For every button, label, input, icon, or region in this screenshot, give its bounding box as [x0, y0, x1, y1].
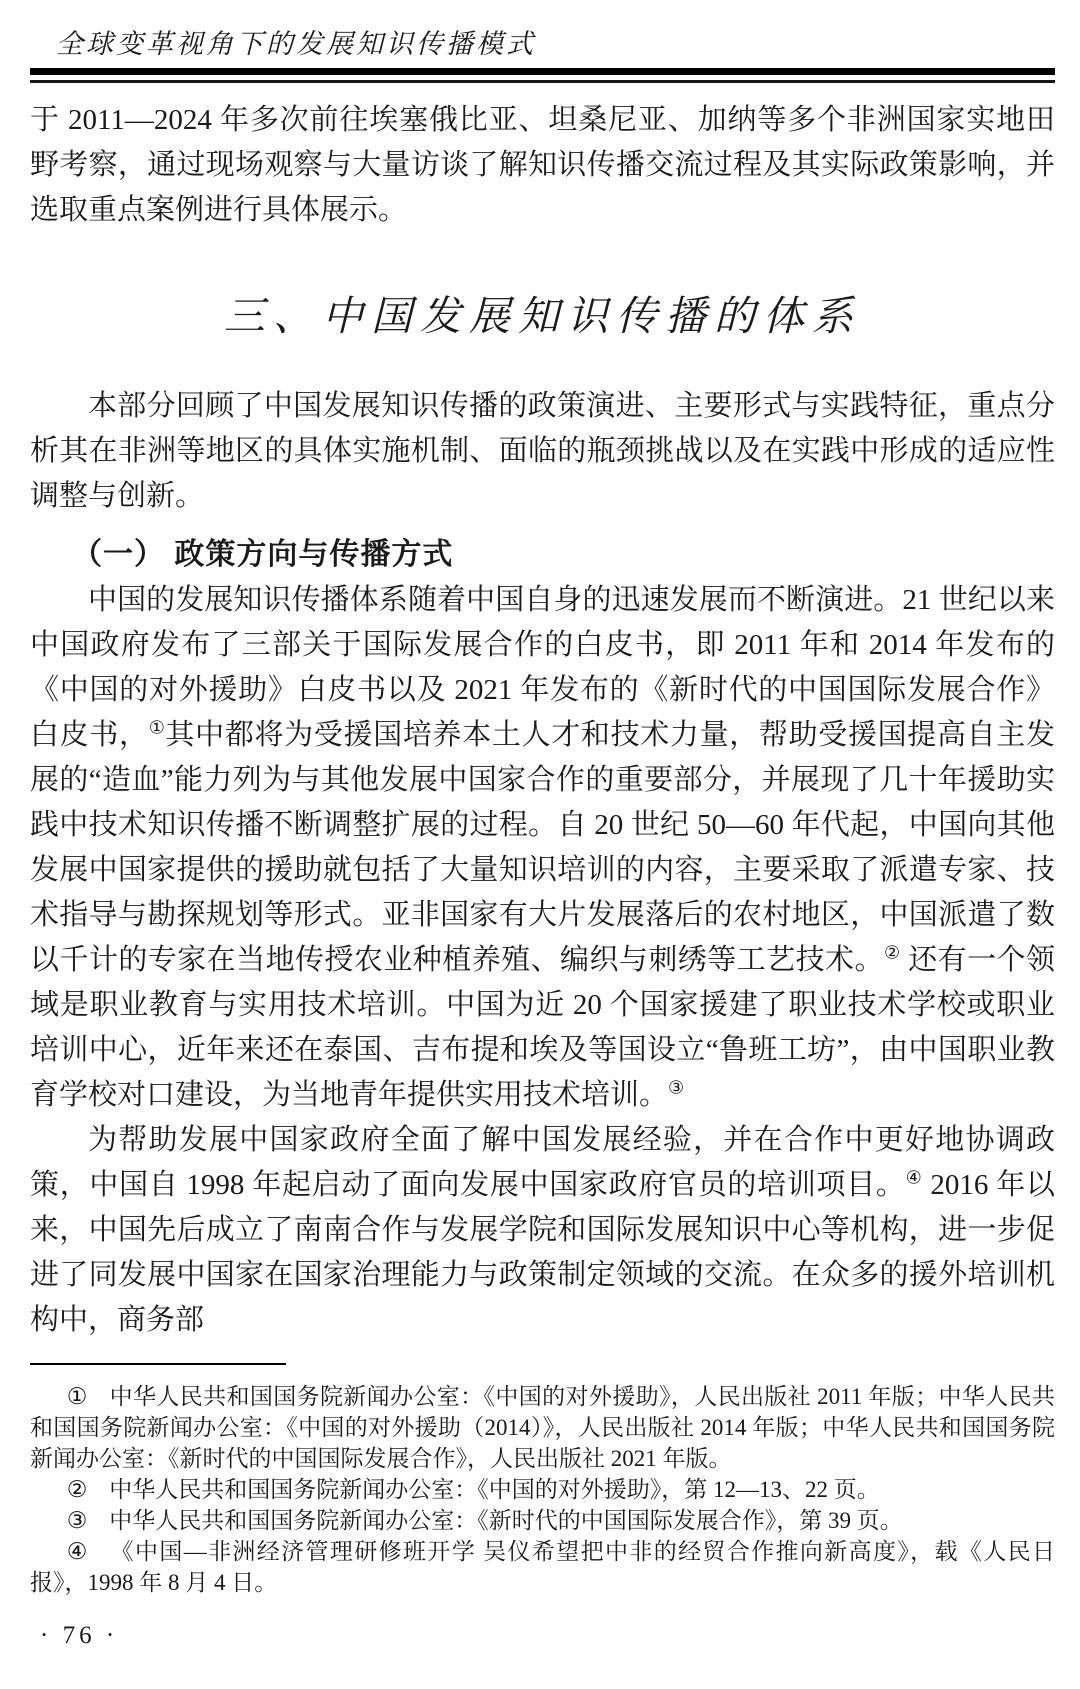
document-page: 全球变革视角下的发展知识传播模式 于 2011—2024 年多次前往埃塞俄比亚、…: [0, 0, 1080, 1689]
footnote-3-marker: ③: [67, 1508, 88, 1533]
footnote-1-text: 中华人民共和国国务院新闻办公室：《中国的对外援助》，人民出版社 2011 年版；…: [30, 1384, 1055, 1471]
footnote-4-marker: ④: [67, 1539, 89, 1564]
paragraph-official-training: 为帮助发展中国家政府全面了解中国发展经验，并在合作中更好地协调政策，中国自 19…: [30, 1118, 1055, 1343]
section-title: 三、中国发展知识传播的体系: [30, 283, 1055, 342]
footnote-reference: ②: [884, 942, 901, 962]
footnote-reference: ③: [668, 1077, 684, 1097]
paragraph-fieldwork: 于 2011—2024 年多次前往埃塞俄比亚、坦桑尼亚、加纳等多个非洲国家实地田…: [30, 98, 1055, 233]
footnote-2: ②中华人民共和国国务院新闻办公室：《中国的对外援助》，第 12—13、22 页。: [30, 1474, 1055, 1505]
header-rule-thin: [30, 80, 1055, 83]
footnote-reference: ①: [149, 717, 166, 737]
footnote-3-text: 中华人民共和国国务院新闻办公室：《新时代的中国国际发展合作》，第 39 页。: [109, 1508, 903, 1533]
footnote-3: ③中华人民共和国国务院新闻办公室：《新时代的中国国际发展合作》，第 39 页。: [30, 1505, 1055, 1536]
subsection-title: （一） 政策方向与传播方式: [30, 529, 1055, 573]
footnote-separator-rule: [30, 1363, 286, 1365]
footnotes-section: ①中华人民共和国国务院新闻办公室：《中国的对外援助》，人民出版社 2011 年版…: [30, 1363, 1055, 1650]
footnote-1-marker: ①: [67, 1384, 88, 1409]
paragraph-policy-evolution: 中国的发展知识传播体系随着中国自身的迅速发展而不断演进。21 世纪以来中国政府发…: [30, 578, 1055, 1118]
header-rule-thick: [30, 68, 1055, 75]
footnote-2-marker: ②: [67, 1477, 88, 1502]
page-number: · 76 ·: [30, 1622, 1055, 1650]
paragraph-overview: 本部分回顾了中国发展知识传播的政策演进、主要形式与实践特征，重点分析其在非洲等地…: [30, 384, 1055, 519]
page-header: 全球变革视角下的发展知识传播模式: [30, 24, 1055, 83]
running-header-title: 全球变革视角下的发展知识传播模式: [30, 24, 1055, 68]
footnote-1: ①中华人民共和国国务院新闻办公室：《中国的对外援助》，人民出版社 2011 年版…: [30, 1381, 1055, 1474]
page-body: 于 2011—2024 年多次前往埃塞俄比亚、坦桑尼亚、加纳等多个非洲国家实地田…: [30, 98, 1055, 1343]
footnote-2-text: 中华人民共和国国务院新闻办公室：《中国的对外援助》，第 12—13、22 页。: [109, 1477, 880, 1502]
footnote-reference: ④: [906, 1167, 923, 1187]
footnote-4: ④《中国—非洲经济管理研修班开学 吴仪希望把中非的经贸合作推向新高度》，载《人民…: [30, 1536, 1055, 1598]
footnote-4-text: 《中国—非洲经济管理研修班开学 吴仪希望把中非的经贸合作推向新高度》，载《人民日…: [30, 1539, 1055, 1595]
